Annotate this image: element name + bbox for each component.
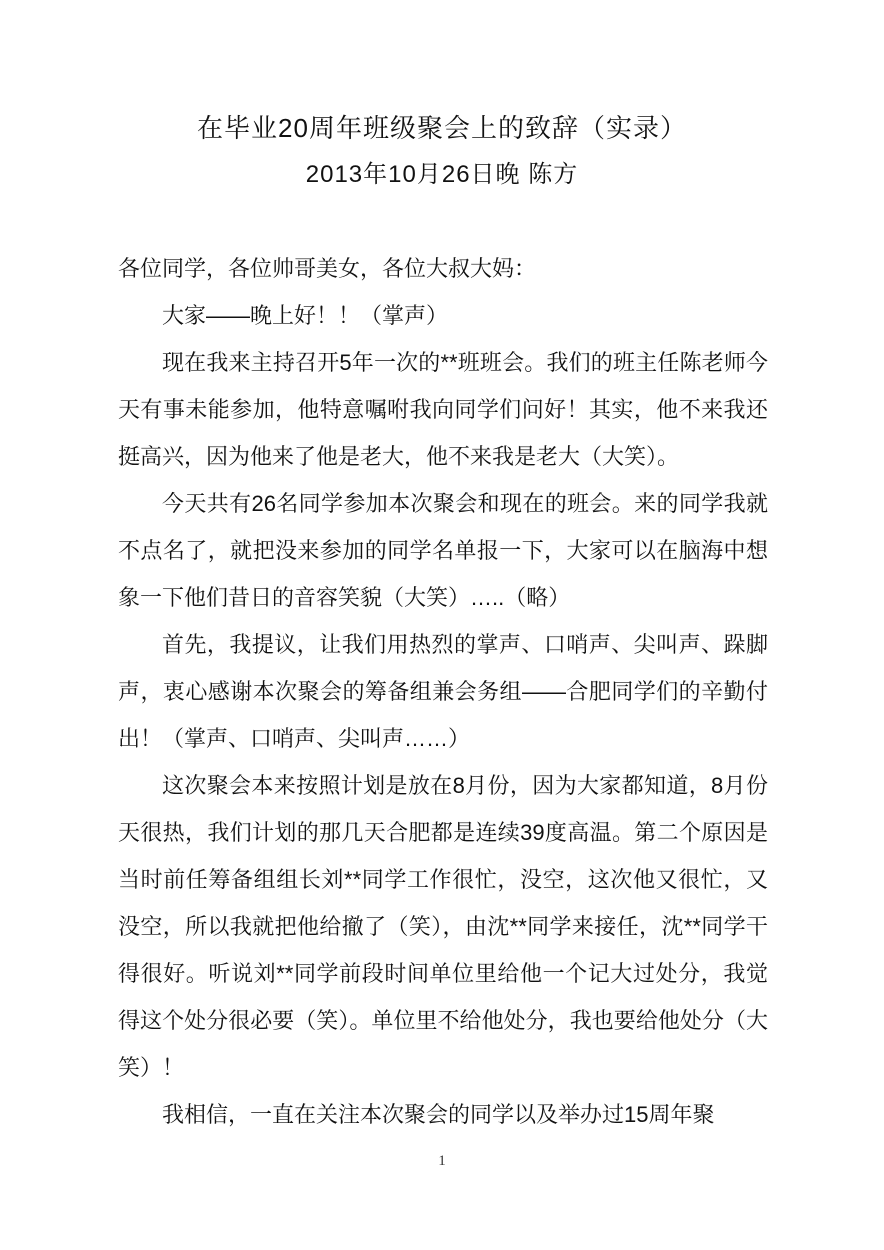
paragraph-attendance: 今天共有26名同学参加本次聚会和现在的班会。来的同学我就不点名了，就把没来参加的… <box>118 480 768 621</box>
paragraph-thanks: 首先，我提议，让我们用热烈的掌声、口哨声、尖叫声、跺脚声，衷心感谢本次聚会的筹备… <box>118 621 768 762</box>
document-subtitle: 2013年10月26日晚 陈方 <box>0 156 884 194</box>
document-title: 在毕业20周年班级聚会上的致辞（实录） <box>0 108 884 148</box>
paragraph-closing-partial: 我相信，一直在关注本次聚会的同学以及举办过15周年聚 <box>118 1091 768 1138</box>
paragraph-schedule-reason: 这次聚会本来按照计划是放在8月份，因为大家都知道，8月份天很热，我们计划的那几天… <box>118 762 768 1091</box>
paragraph-opening: 现在我来主持召开5年一次的**班班会。我们的班主任陈老师今天有事未能参加，他特意… <box>118 339 768 480</box>
page-number: 1 <box>0 1151 884 1171</box>
document-body: 各位同学，各位帅哥美女，各位大叔大妈： 大家——晚上好！！（掌声） 现在我来主持… <box>118 245 768 1138</box>
document-page: 在毕业20周年班级聚会上的致辞（实录） 2013年10月26日晚 陈方 各位同学… <box>0 0 884 1250</box>
paragraph-salutation: 各位同学，各位帅哥美女，各位大叔大妈： <box>118 245 768 292</box>
paragraph-greeting: 大家——晚上好！！（掌声） <box>118 292 768 339</box>
